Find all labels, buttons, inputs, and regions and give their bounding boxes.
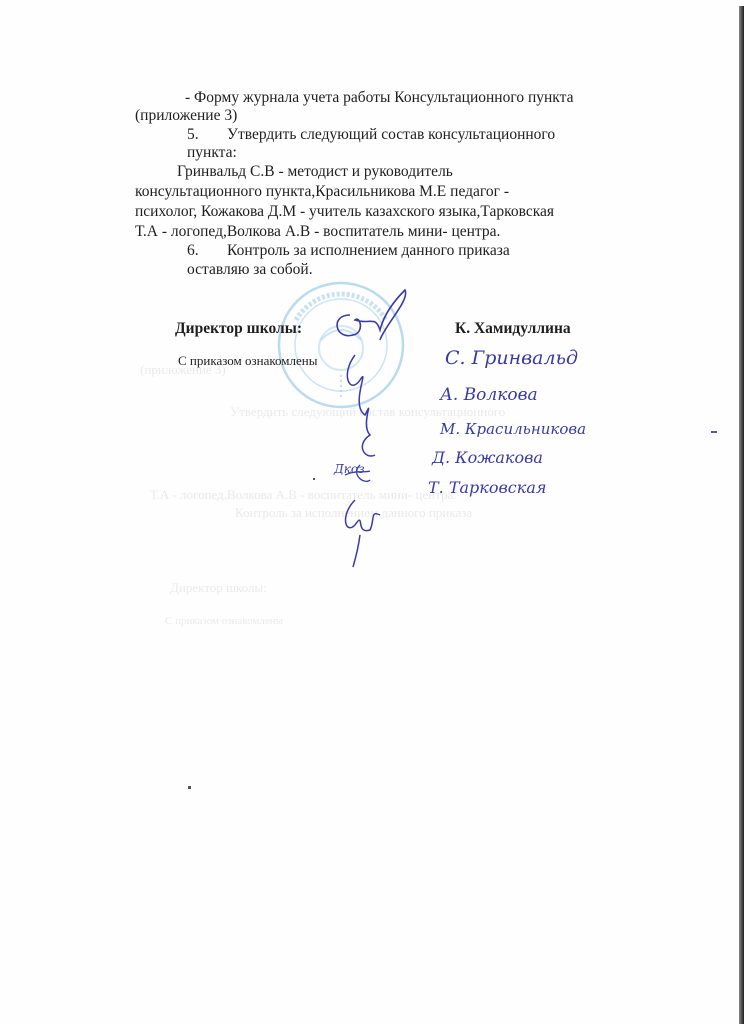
item-text: Контроль за исполнением данного приказа	[227, 242, 510, 259]
text-line: (приложение 3)	[135, 107, 237, 125]
item-number: 6.	[187, 242, 227, 260]
numbered-item-6: 6.Контроль за исполнением данного приказ…	[187, 242, 510, 260]
item-number: 5.	[187, 126, 227, 144]
text-line: консультационного пункта,Красильникова М…	[135, 183, 509, 201]
scan-speck	[313, 478, 315, 480]
text-line: психолог, Кожакова Д.М - учитель казахск…	[135, 203, 554, 221]
director-name: К. Хамидуллина	[455, 320, 571, 338]
signature-kozhakova-short: Дкоз	[334, 462, 365, 476]
numbered-item-5: 5.Утвердить следующий состав консультаци…	[187, 126, 555, 144]
director-label: Директор школы:	[175, 320, 302, 338]
text-line: оставляю за собой.	[187, 261, 313, 279]
text-line: пункта:	[187, 144, 237, 162]
signature-tarkovskaya: Т. Тарковская	[428, 478, 546, 497]
item-text: Утвердить следующий состав консультацион…	[227, 126, 555, 143]
text-line: Т.А - логопед,Волкова А.В - воспитатель …	[135, 223, 500, 241]
scan-edge-shadow	[739, 6, 744, 1024]
show-through-text: С приказом ознакомлены	[165, 615, 283, 627]
show-through-text: Директор школы:	[170, 580, 267, 596]
signature-kozhakova: Д. Кожакова	[432, 448, 543, 467]
signature-volkova: А. Волкова	[440, 385, 538, 405]
scanned-page: (приложение 3) Утвердить следующий соста…	[0, 0, 744, 1024]
scan-speck	[188, 786, 191, 789]
scan-speck	[711, 431, 717, 433]
director-signature-icon	[325, 285, 415, 570]
text-line: Гринвальд С.В - методист и руководитель	[177, 163, 453, 181]
acknowledged-label: С приказом ознакомлены	[178, 352, 317, 370]
text-line: - Форму журнала учета работы Консультаци…	[185, 89, 573, 107]
signature-krasilnikova: М. Красильникова	[440, 420, 586, 438]
signature-grinvald: С. Гринвальд	[445, 347, 578, 369]
